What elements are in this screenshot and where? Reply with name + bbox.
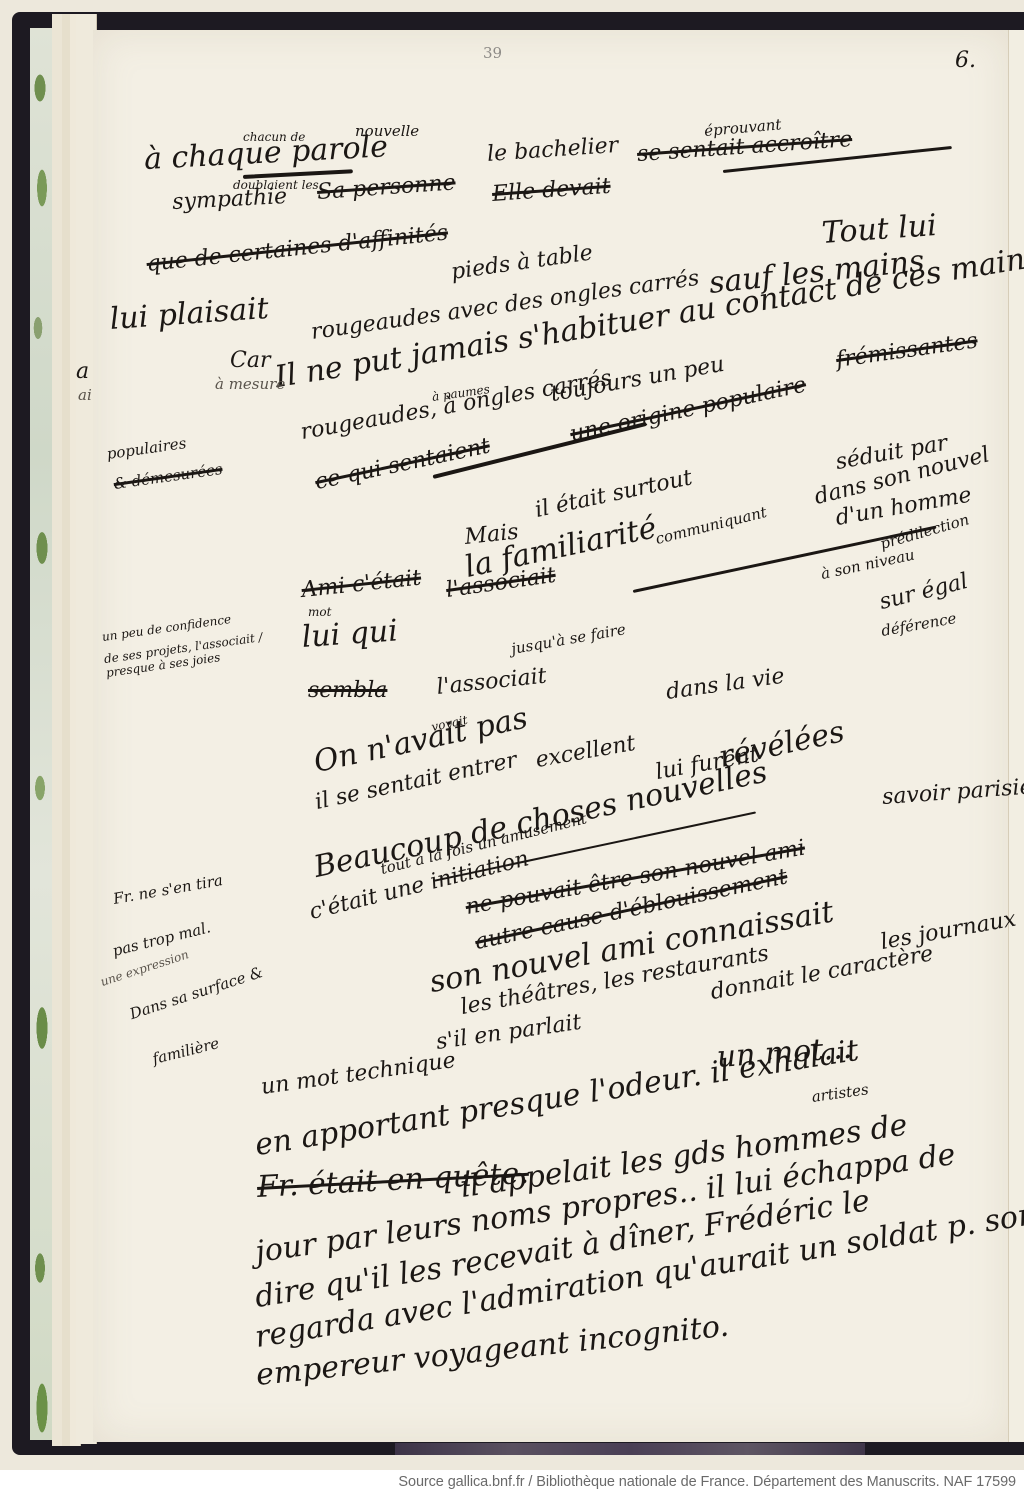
insertion-above: nouvelle [355,122,419,140]
insertion-above: artistes [810,1080,869,1106]
page-number: 6. [955,48,976,73]
margin-note: & démesurées [112,460,223,493]
manuscript-line: Sa personne [316,170,456,205]
manuscript-line: le bachelier [486,133,619,167]
manuscript-line: sympathie [172,184,288,215]
struck-line: Elle devait [491,174,611,207]
margin-note: à mesure [215,375,285,393]
source-caption: Source gallica.bnf.fr / Bibliothèque nat… [398,1474,1016,1490]
manuscript-line: jusqu'à se faire [510,620,627,658]
manuscript-line: sur égal [877,569,971,615]
left-page-fragment: a [76,359,89,384]
left-page-fragment: ai [78,386,92,404]
manuscript-line: communiquant [654,503,769,548]
manuscript-page: 39 6. chacun de à chaque parole nouvelle… [93,30,1008,1442]
manuscript-line: un mot technique [260,1048,458,1100]
manuscript-line: dans la vie [665,664,787,705]
manuscript-line: savoir parisien [881,774,1024,810]
insertion-above: mot [308,605,331,619]
manuscript-line: à son niveau [819,546,916,583]
struck-line: frémissantes [835,328,980,373]
manuscript-line: l'associait [435,664,547,700]
manuscript-line: déférence [880,609,958,640]
struck-line: Ami c'était [300,566,422,603]
margin-note: populaires [105,434,187,463]
manuscript-line: lui plaisait [109,291,270,337]
marbled-endpaper [30,28,52,1440]
manuscript-line: pieds à table [450,240,595,285]
margin-note: familière [151,1034,221,1068]
struck-line: sembla [308,678,387,703]
manuscript-line: excellent [534,731,638,773]
manuscript-scan: a ai 39 6. chacun de à chaque parole nou… [0,0,1024,1470]
manuscript-line: s'il en parlait [435,1010,583,1055]
margin-note: Car [230,348,270,373]
struck-line: ce qui sentaient [313,434,492,495]
binding-spine-strip [395,1443,865,1455]
folio-number: 39 [483,44,502,62]
struck-line: que de certaines d'affinités [145,220,449,277]
margin-note: pas trop mal. [111,918,213,960]
manuscript-line: lui qui [301,613,399,655]
manuscript-line: il était surtout [533,465,695,523]
margin-note: Fr. ne s'en tira [112,871,224,908]
